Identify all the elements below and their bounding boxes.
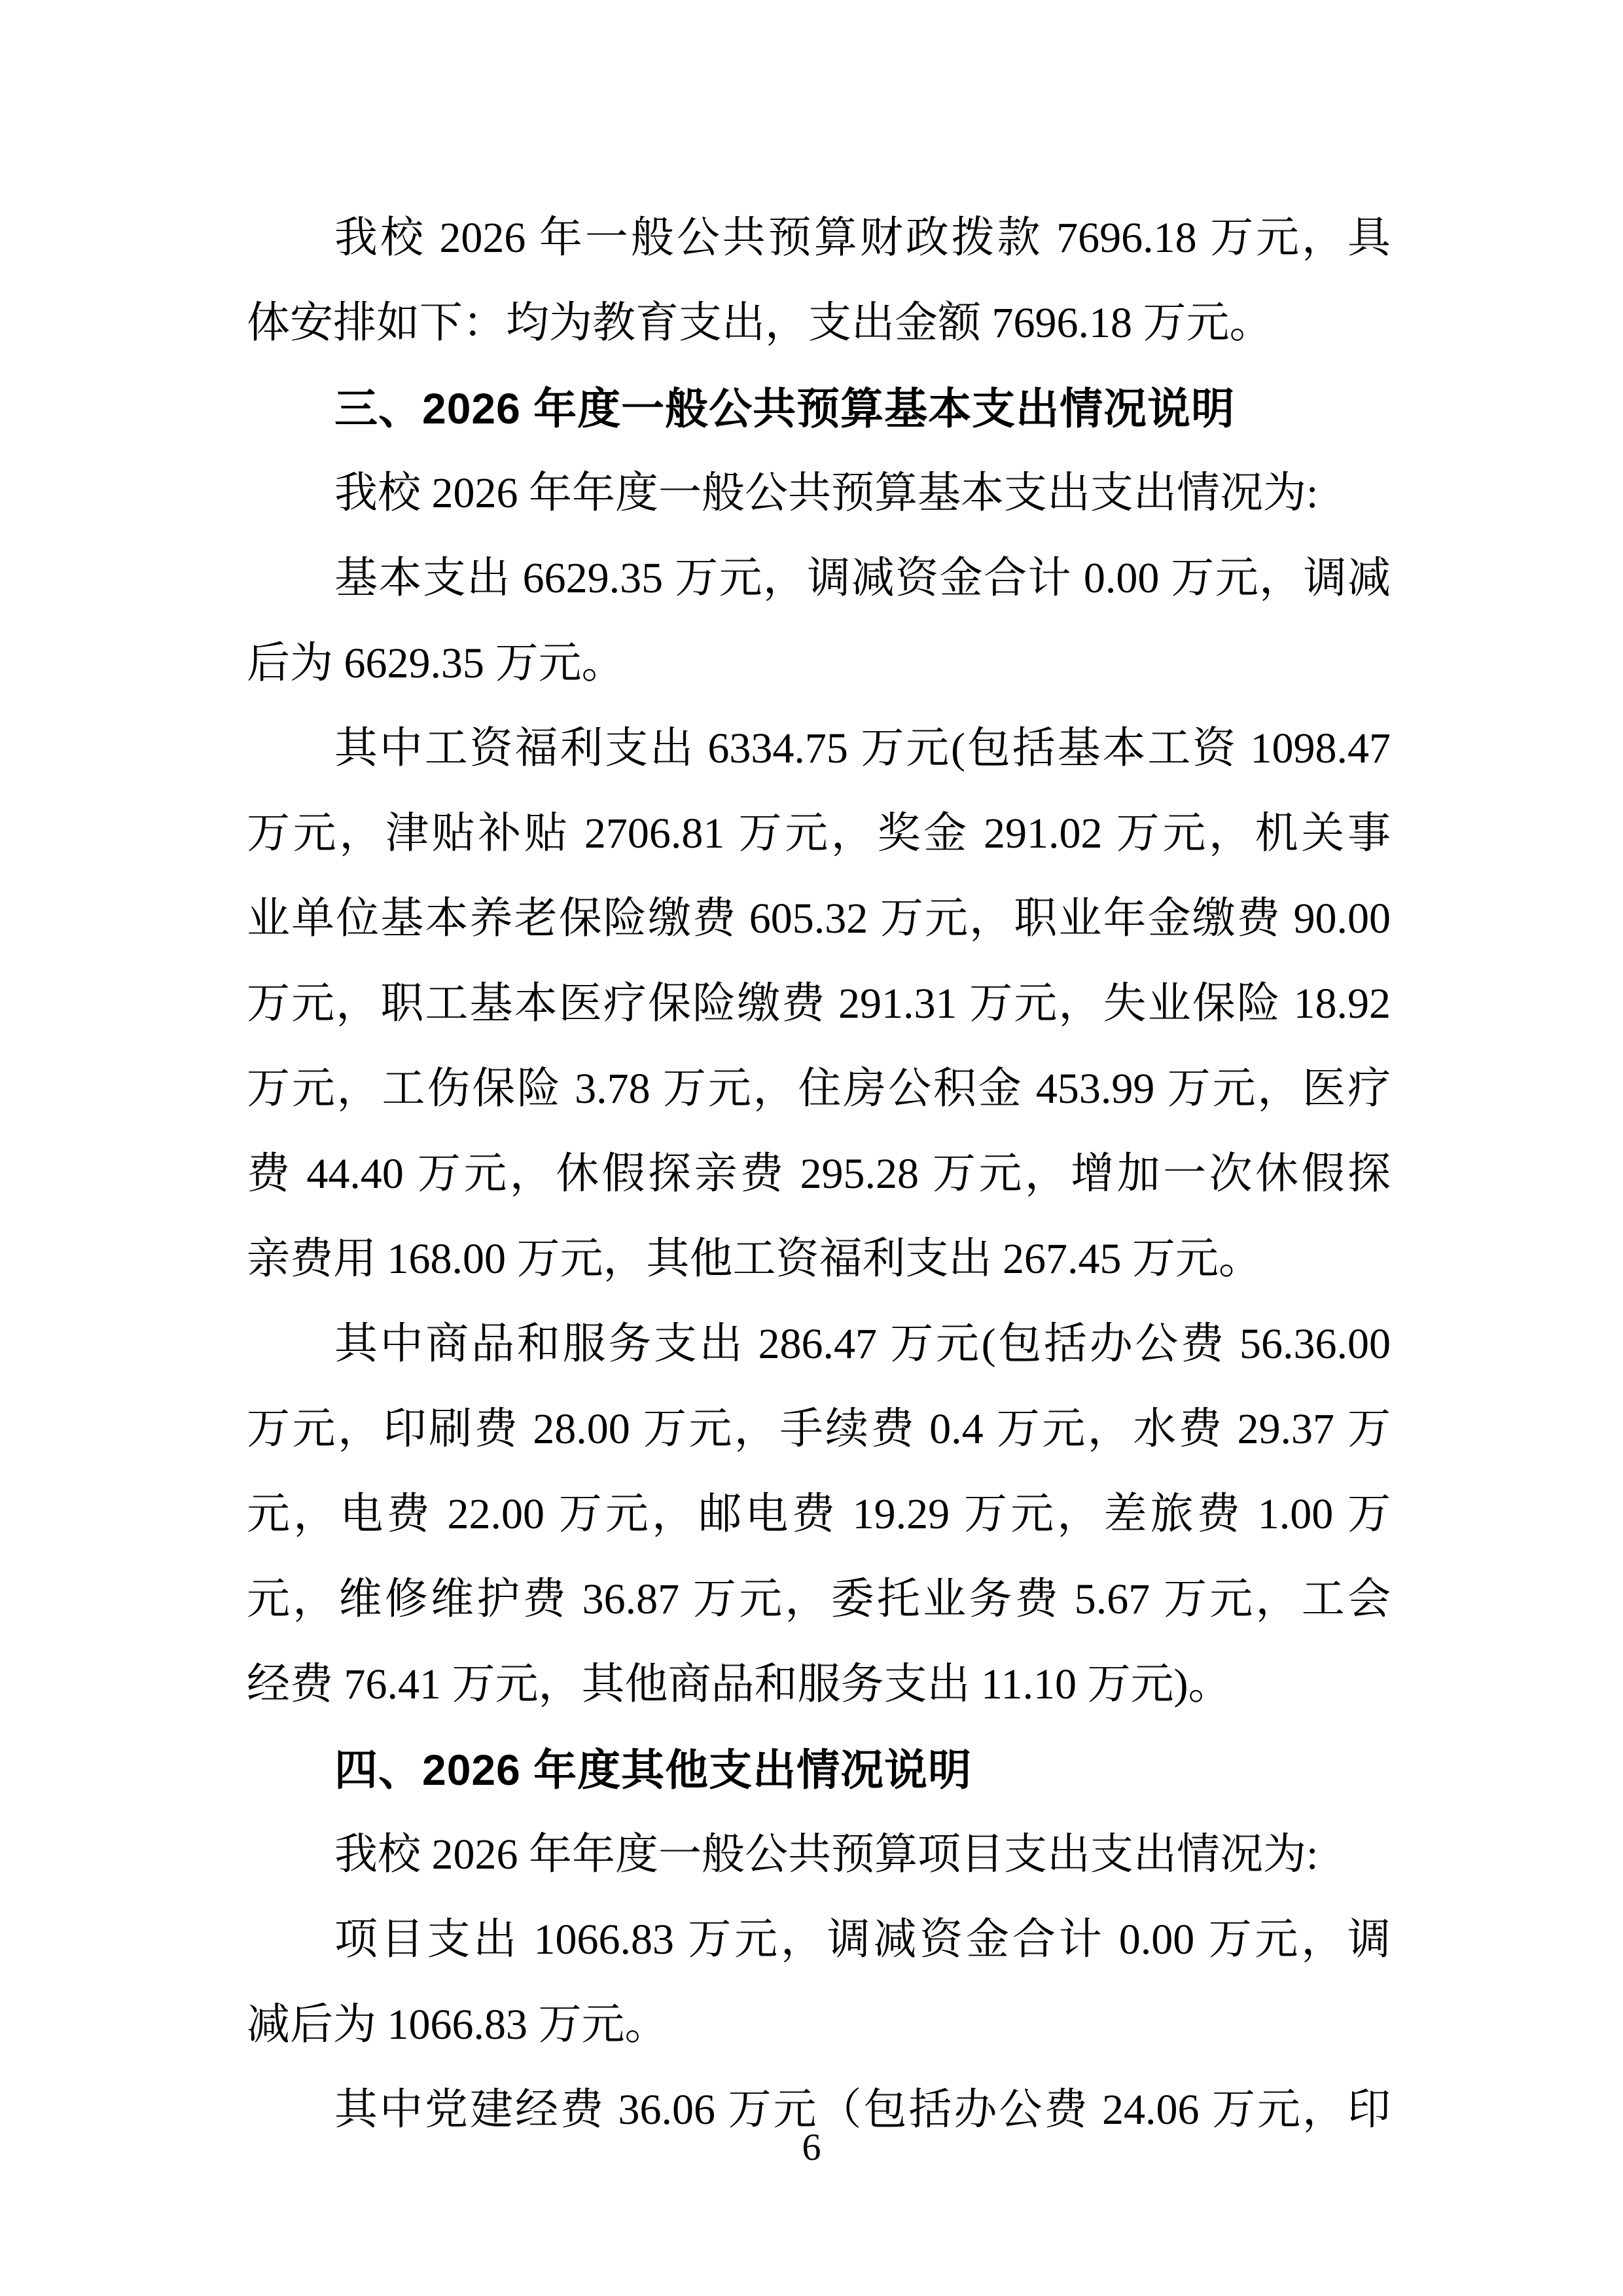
text-line: 元，维修维护费 36.87 万元，委托业务费 5.67 万元，工会 (247, 1557, 1391, 1642)
text-line: 万元，印刷费 28.00 万元，手续费 0.4 万元，水费 29.37 万 (247, 1387, 1391, 1472)
heading-line: 四、2026 年度其他支出情况说明 (247, 1727, 1391, 1812)
para-basic-expense-intro: 我校 2026 年年度一般公共预算基本支出支出情况为: (247, 451, 1391, 536)
text-line: 业单位基本养老保险缴费 605.32 万元，职业年金缴费 90.00 (247, 876, 1391, 961)
page-footer: 6 (0, 2126, 1623, 2169)
para-budget-allocation: 我校 2026 年一般公共预算财政拨款 7696.18 万元，具体安排如下：均为… (247, 196, 1391, 366)
text-line: 我校 2026 年年度一般公共预算基本支出支出情况为: (247, 451, 1391, 536)
para-basic-expense-amount: 基本支出 6629.35 万元，调减资金合计 0.00 万元，调减后为 6629… (247, 536, 1391, 706)
para-goods-services-detail: 其中商品和服务支出 286.47 万元(包括办公费 56.36.00万元，印刷费… (247, 1302, 1391, 1727)
text-line: 减后为 1066.83 万元。 (247, 1982, 1391, 2068)
text-line: 体安排如下：均为教育支出，支出金额 7696.18 万元。 (247, 281, 1391, 366)
para-salary-welfare-detail: 其中工资福利支出 6334.75 万元(包括基本工资 1098.47万元，津贴补… (247, 706, 1391, 1302)
text-line: 后为 6629.35 万元。 (247, 621, 1391, 706)
text-line: 万元，津贴补贴 2706.81 万元，奖金 291.02 万元，机关事 (247, 791, 1391, 876)
text-line: 万元，职工基本医疗保险缴费 291.31 万元，失业保险 18.92 (247, 961, 1391, 1047)
text-line: 其中工资福利支出 6334.75 万元(包括基本工资 1098.47 (247, 706, 1391, 791)
text-line: 亲费用 168.00 万元，其他工资福利支出 267.45 万元。 (247, 1217, 1391, 1302)
text-line: 万元，工伤保险 3.78 万元，住房公积金 453.99 万元，医疗 (247, 1047, 1391, 1132)
text-line: 我校 2026 年年度一般公共预算项目支出支出情况为: (247, 1812, 1391, 1897)
heading-section-three: 三、2026 年度一般公共预算基本支出情况说明 (247, 366, 1391, 451)
document-page: 我校 2026 年一般公共预算财政拨款 7696.18 万元，具体安排如下：均为… (0, 0, 1623, 2296)
text-line: 我校 2026 年一般公共预算财政拨款 7696.18 万元，具 (247, 196, 1391, 281)
para-project-expense-amount: 项目支出 1066.83 万元，调减资金合计 0.00 万元，调减后为 1066… (247, 1897, 1391, 2068)
document-body: 我校 2026 年一般公共预算财政拨款 7696.18 万元，具体安排如下：均为… (247, 196, 1391, 2153)
heading-section-four: 四、2026 年度其他支出情况说明 (247, 1727, 1391, 1812)
text-line: 项目支出 1066.83 万元，调减资金合计 0.00 万元，调 (247, 1897, 1391, 1982)
text-line: 基本支出 6629.35 万元，调减资金合计 0.00 万元，调减 (247, 536, 1391, 621)
heading-line: 三、2026 年度一般公共预算基本支出情况说明 (247, 366, 1391, 451)
text-line: 经费 76.41 万元，其他商品和服务支出 11.10 万元)。 (247, 1642, 1391, 1727)
page-number: 6 (802, 2126, 821, 2168)
text-line: 元，电费 22.00 万元，邮电费 19.29 万元，差旅费 1.00 万 (247, 1472, 1391, 1557)
para-project-expense-intro: 我校 2026 年年度一般公共预算项目支出支出情况为: (247, 1812, 1391, 1897)
text-line: 费 44.40 万元，休假探亲费 295.28 万元，增加一次休假探 (247, 1132, 1391, 1217)
text-line: 其中商品和服务支出 286.47 万元(包括办公费 56.36.00 (247, 1302, 1391, 1387)
